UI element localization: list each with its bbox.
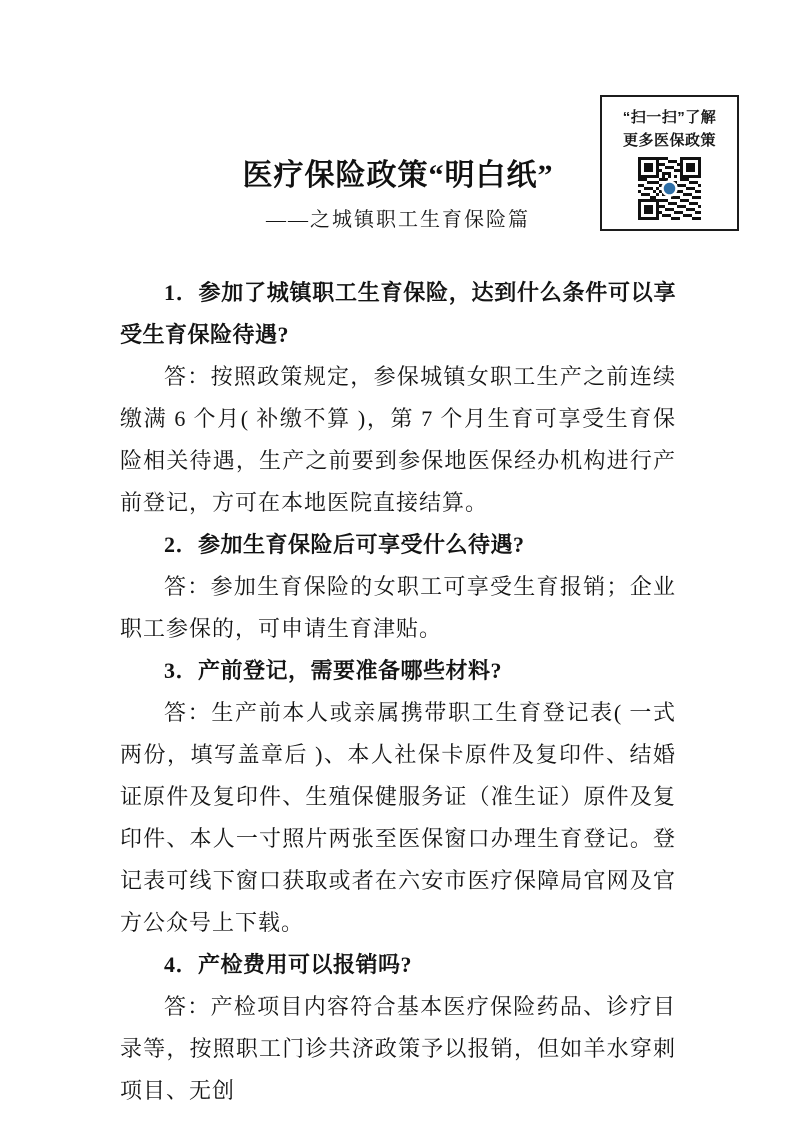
question-2: 2．参加生育保险后可享受什么待遇? [120, 524, 676, 566]
answer-3: 答：生产前本人或亲属携带职工生育登记表( 一式两份，填写盖章后 )、本人社保卡原… [120, 692, 676, 944]
question-3: 3．产前登记，需要准备哪些材料? [120, 650, 676, 692]
answer-1: 答：按照政策规定，参保城镇女职工生产之前连续缴满 6 个月( 补缴不算 )，第 … [120, 356, 676, 524]
question-1: 1．参加了城镇职工生育保险，达到什么条件可以享受生育保险待遇? [120, 272, 676, 356]
document-page: “扫一扫”了解 更多医保政策 医疗保险政策“明白纸” ——之城镇职工生育保险篇 … [0, 0, 793, 1122]
document-body: 1．参加了城镇职工生育保险，达到什么条件可以享受生育保险待遇? 答：按照政策规定… [120, 272, 676, 1112]
question-4: 4．产检费用可以报销吗? [120, 944, 676, 986]
qr-caption-line2: 更多医保政策 [602, 129, 737, 152]
document-title: 医疗保险政策“明白纸” [120, 150, 676, 194]
answer-4: 答：产检项目内容符合基本医疗保险药品、诊疗目录等，按照职工门诊共济政策予以报销，… [120, 986, 676, 1112]
qr-caption-line1: “扫一扫”了解 [602, 106, 737, 129]
document-subtitle: ——之城镇职工生育保险篇 [120, 203, 676, 232]
qr-caption: “扫一扫”了解 更多医保政策 [602, 106, 737, 152]
answer-2: 答：参加生育保险的女职工可享受生育报销；企业职工参保的，可申请生育津贴。 [120, 566, 676, 650]
